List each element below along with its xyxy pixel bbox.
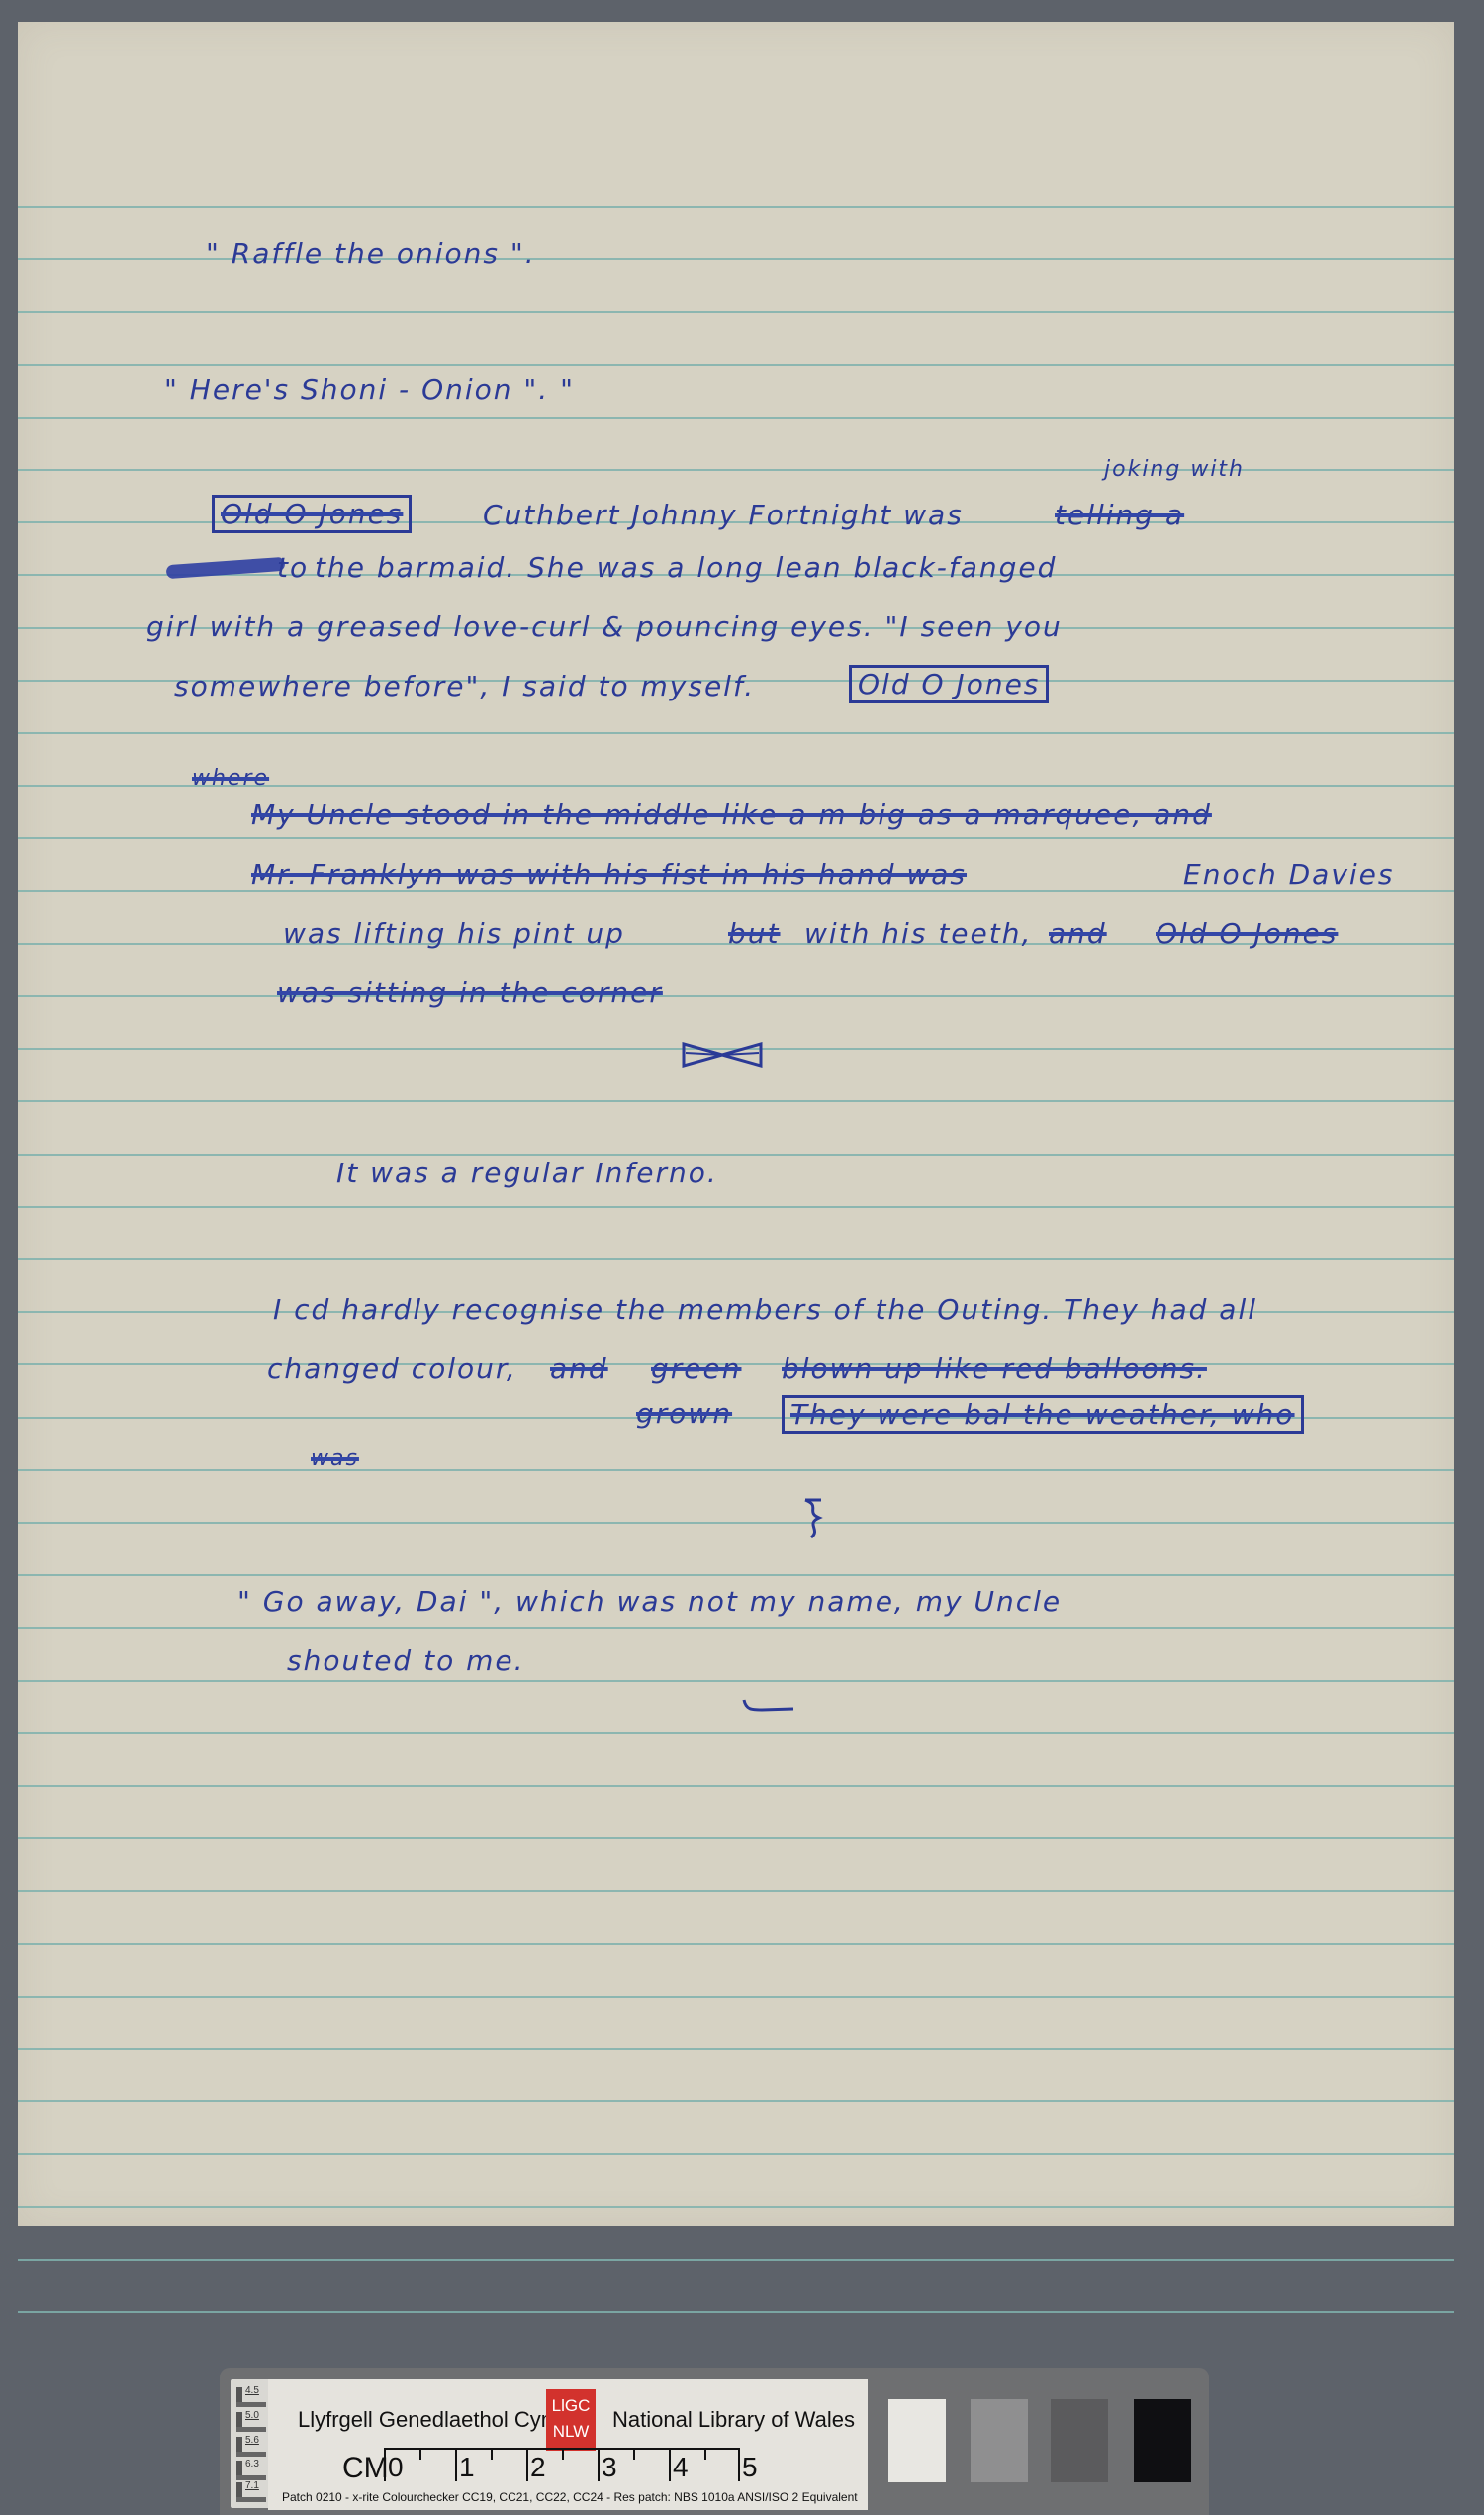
ruled-line [18,417,1454,419]
struck-text: was sitting in the corner [277,977,663,1009]
struck-text: Old O Jones [1156,917,1338,950]
end-underline-mark [742,1698,795,1714]
ruled-line [18,995,1454,997]
dark-grey-swatch [1051,2399,1108,2482]
resolution-patch: 5.6 [236,2437,266,2457]
struck-text: My Uncle stood in the middle like a m bi… [251,798,1212,831]
ruled-line [18,206,1454,208]
struck-text: telling a [1055,499,1184,531]
ruled-line [18,1837,1454,1839]
welsh-library-name: Llyfrgell Genedlaethol Cymru [298,2407,579,2433]
handwritten-line: It was a regular Inferno. [336,1157,718,1189]
bowtie-section-mark [681,1041,764,1069]
squiggle-section-mark [801,1496,825,1541]
struck-text: and [1049,917,1107,950]
handwritten-line: was lifting his pint up [283,917,625,950]
resolution-patch: 7.1 [236,2482,266,2502]
insertion-text: where [192,766,269,791]
handwritten-line: shouted to me. [287,1644,525,1677]
ruled-line [18,2311,1454,2313]
struck-text: Mr. Franklyn was with his fist in his ha… [251,858,967,890]
ruled-line [18,311,1454,313]
struck-text: and [550,1352,608,1385]
ruled-line [18,364,1454,366]
ruled-line [18,2153,1454,2155]
ruler-unit: CM [342,2452,389,2485]
resolution-patch: 6.3 [236,2461,266,2480]
ruled-line [18,1574,1454,1576]
boxed-struck-name: Old O Jones [212,495,412,533]
ruled-line [18,1680,1454,1682]
ruled-line [18,1206,1454,1208]
english-library-name: National Library of Wales [612,2407,855,2433]
handwritten-line: " Raffle the onions ". [206,237,536,270]
manuscript-page: " Raffle the onions ". " Here's Shoni - … [18,22,1454,2226]
handwritten-line: the barmaid. She was a long lean black-f… [315,551,1057,584]
ruled-line [18,837,1454,839]
colour-calibration-card: 4.5 5.0 5.6 6.3 7.1 Llyfrgell Genedlaeth… [220,2368,1209,2515]
ruled-line [18,1943,1454,1945]
handwritten-line: with his teeth, [804,917,1032,950]
patch-note: Patch 0210 - x-rite Colourchecker CC19, … [282,2490,858,2504]
handwritten-line: Cuthbert Johnny Fortnight was [483,499,964,531]
ruled-line [18,1469,1454,1471]
handwritten-line: changed colour, [267,1352,517,1385]
ruled-line [18,1627,1454,1629]
ruled-line [18,1890,1454,1892]
handwritten-line: I cd hardly recognise the members of the… [273,1293,1257,1326]
struck-text: green [651,1352,741,1385]
ruled-line [18,1258,1454,1260]
handwritten-line: somewhere before", I said to myself. [174,670,755,702]
insertion-text: joking with [1104,457,1245,482]
resolution-patch: 4.5 [236,2387,266,2407]
struck-text: was [311,1446,359,1471]
handwritten-line: " Go away, Dai ", which was not my name,… [237,1585,1062,1618]
ruled-line [18,2259,1454,2261]
ruled-line [18,2100,1454,2102]
library-label: Llyfrgell Genedlaethol Cymru LlGC NLW Na… [268,2379,868,2510]
light-grey-swatch [971,2399,1028,2482]
nlw-logo: LlGC NLW [546,2389,596,2451]
ruled-line [18,1996,1454,1998]
boxed-name: Old O Jones [849,665,1049,703]
ruled-line [18,1522,1454,1524]
resolution-patch-strip: 4.5 5.0 5.6 6.3 7.1 [231,2379,271,2508]
struck-text: to [277,551,309,584]
handwritten-line: Enoch Davies [1183,858,1395,890]
ruled-line [18,1785,1454,1787]
struck-text: but [728,917,781,950]
handwritten-line: girl with a greased love-curl & pouncing… [146,610,1063,643]
ruled-line [18,2206,1454,2208]
struck-text: blown up like red balloons. [782,1352,1207,1385]
ruled-line [18,732,1454,734]
ruled-line [18,1100,1454,1102]
white-swatch [888,2399,946,2482]
centimetre-ruler: 0 1 2 3 4 5 [384,2448,740,2487]
ruled-line [18,1732,1454,1734]
handwritten-line: " Here's Shoni - Onion ". " [164,373,575,406]
ruled-line [18,2048,1454,2050]
ruled-line [18,1154,1454,1156]
resolution-patch: 5.0 [236,2412,266,2432]
boxed-struck-text: They were bal the weather, who [782,1395,1304,1434]
struck-text: grown [636,1397,732,1430]
black-swatch [1134,2399,1191,2482]
